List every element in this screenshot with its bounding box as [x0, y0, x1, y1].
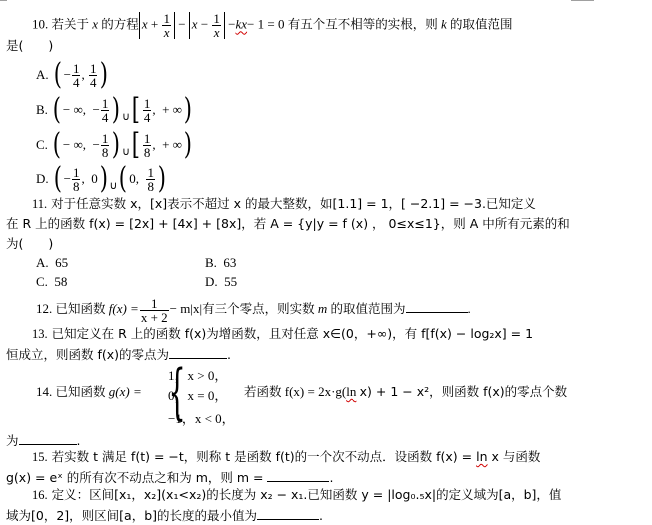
q11-number: 11.: [32, 197, 47, 211]
option-label: A.: [36, 255, 49, 270]
q13-text-1: 已知定义在 R 上的函数 f(x)为增函数，且对任意 x∈(0，+∞)，有 f[…: [52, 326, 533, 341]
q11-option-a[interactable]: A. 65: [36, 255, 68, 271]
q10-text-b: 的方程: [101, 16, 139, 31]
answer-blank[interactable]: [406, 300, 468, 313]
q11-line2: 在 R 上的函数 f(x) = [2x] + [4x] + [8x]，若 A =…: [6, 216, 570, 232]
period: .: [77, 433, 81, 448]
q16-text-1: 定义：区间[x₁，x₂](x₁<x₂)的长度为 x₂ − x₁.已知函数 y =…: [52, 487, 562, 502]
answer-blank[interactable]: [19, 432, 77, 445]
var-x: x: [92, 16, 98, 31]
period: .: [227, 347, 231, 362]
q11-option-c[interactable]: C. 58: [36, 274, 67, 290]
option-label: A.: [36, 67, 49, 82]
q16-line1: 16. 定义：区间[x₁，x₂](x₁<x₂)的长度为 x₂ − x₁.已知函数…: [32, 487, 561, 503]
var-m: m: [318, 301, 327, 316]
q10-option-a[interactable]: A. (−14, 14): [36, 60, 110, 90]
minus-sign-2: −: [228, 16, 235, 31]
q10-number: 10.: [32, 16, 48, 31]
q12-tail: − m|x|: [170, 301, 202, 316]
page-edge-line-left: [0, 0, 7, 1]
answer-blank[interactable]: [257, 507, 319, 520]
abs-x-minus-inv-x: x − 1x: [189, 12, 225, 39]
q14-text-a: 已知函数: [56, 384, 106, 399]
option-label: B.: [36, 102, 48, 117]
answer-blank[interactable]: [267, 469, 329, 482]
q10-option-c[interactable]: C. (− ∞, −18)∪[18, + ∞): [36, 130, 194, 160]
kx-term: kx: [236, 16, 248, 31]
option-value: 63: [223, 255, 236, 270]
period: .: [468, 301, 471, 316]
frac-numerator: 1: [140, 297, 169, 310]
var-k: k: [441, 16, 447, 31]
q13-line1: 13. 已知定义在 R 上的函数 f(x)为增函数，且对任意 x∈(0，+∞)，…: [32, 326, 533, 342]
q10-line1: 10. 若关于 x 的方程x + 1x − x − 1x −kx− 1 = 0 …: [32, 12, 513, 39]
q14-line1b: 若函数 f(x) = 2x·g(ln x) + 1 − x²，则函数 f(x)的…: [244, 384, 567, 400]
option-value: 65: [55, 255, 68, 270]
q12-line: 12. 已知函数 f(x) =1x + 2− m|x|有三个零点，则实数 m 的…: [36, 293, 471, 325]
period: .: [319, 508, 323, 523]
option-label: C.: [36, 137, 48, 152]
q14-line2: 为.: [6, 432, 81, 449]
minus-sign: −: [178, 16, 185, 31]
q10-text-c: 有五个互不相等的实根，则: [288, 16, 438, 31]
period: .: [329, 470, 333, 485]
q12-number: 12.: [36, 301, 52, 316]
q15-text-1b: x 与函数: [492, 449, 541, 464]
abs-x-plus-inv-x: x + 1x: [139, 12, 175, 39]
q10-option-d[interactable]: D. (−18, 0)∪(0, 18): [36, 164, 168, 194]
option-label: D.: [36, 171, 49, 186]
q14-tail: x) + 1 − x²，则函数 f(x)的零点个数: [360, 384, 568, 399]
q14-case-3: −1，x < 0，: [168, 411, 235, 427]
q15-text-2: g(x) = eˣ 的所有次不动点之和为 m，则 m =: [6, 470, 263, 485]
page-edge-line-right: [571, 0, 594, 1]
q12-text-b: 有三个零点，则实数: [202, 301, 315, 316]
q15-number: 15.: [32, 450, 48, 464]
fx: f(x) =: [109, 301, 139, 316]
q10-option-b[interactable]: B. (− ∞, −14)∪[14, + ∞): [36, 95, 194, 125]
frac-denominator: x + 2: [140, 310, 169, 324]
q13-number: 13.: [32, 327, 48, 341]
q14-case-1: 1，x > 0，: [168, 368, 227, 384]
q16-line2: 域为[0，2]，则区间[a，b]的长度的最小值为.: [6, 507, 323, 524]
q14-case-2: 0，x = 0，: [168, 388, 227, 404]
q10-line2: 是( ): [6, 38, 53, 54]
q11-option-d[interactable]: D. 55: [205, 274, 237, 290]
q14-text-b: 若函数: [244, 384, 282, 399]
q12-text-a: 已知函数: [56, 301, 106, 316]
q14-line1: 14. 已知函数 g(x) =: [36, 384, 142, 400]
gx: g(x) =: [109, 384, 142, 399]
q13-text-2: 恒成立，则函数 f(x)的零点为: [6, 347, 169, 362]
q15-line2: g(x) = eˣ 的所有次不动点之和为 m，则 m = .: [6, 469, 333, 486]
q11-option-b[interactable]: B. 63: [205, 255, 236, 271]
q11-line3: 为( ): [6, 236, 53, 252]
option-label: D.: [205, 274, 218, 289]
eq-end: − 1 = 0: [247, 16, 284, 31]
option-label: C.: [36, 274, 48, 289]
q13-line2: 恒成立，则函数 f(x)的零点为.: [6, 346, 231, 363]
q14-number: 14.: [36, 384, 52, 399]
q11-text-1: 对于任意实数 x，[x]表示不超过 x 的最大整数，如[1.1] = 1，[ −…: [51, 196, 536, 211]
q16-number: 16.: [32, 488, 48, 502]
q15-line1: 15. 若实数 t 满足 f(t) = −t，则称 t 是函数 f(t)的一个次…: [32, 449, 540, 465]
q12-text-c: 的取值范围为: [330, 301, 405, 316]
option-label: B.: [205, 255, 217, 270]
q16-text-2: 域为[0，2]，则区间[a，b]的长度的最小值为: [6, 508, 257, 523]
q11-line1: 11. 对于任意实数 x，[x]表示不超过 x 的最大整数，如[1.1] = 1…: [32, 196, 536, 212]
q10-text-d: 的取值范围: [450, 16, 513, 31]
ln: ln: [346, 384, 356, 399]
fx: f(x) = 2x·g(: [285, 384, 346, 399]
q10-text-a: 若关于: [52, 16, 90, 31]
option-value: 55: [224, 274, 237, 289]
option-value: 58: [54, 274, 67, 289]
q14-text-2: 为: [6, 433, 19, 448]
q15-text-1a: 若实数 t 满足 f(t) = −t，则称 t 是函数 f(t)的一个次不动点．…: [52, 449, 473, 464]
ln: ln: [476, 449, 487, 464]
